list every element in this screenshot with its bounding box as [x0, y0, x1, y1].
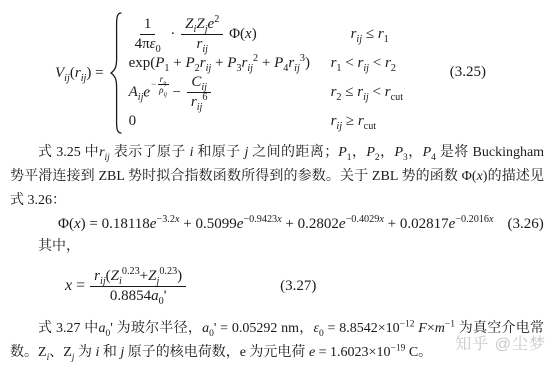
condition-1: rij ≤ r1 — [329, 26, 403, 43]
document-page: Vij(rij) = 1 4πε0 · ZiZje2 rij Φ( — [0, 0, 554, 372]
cdot: · — [170, 26, 175, 42]
buckingham-prefactor: Aije — [129, 84, 151, 100]
eq325-case-coulomb: 1 4πε0 · ZiZje2 rij Φ(x) rij ≤ r1 — [129, 16, 403, 53]
eq325-number: (3.25) — [450, 64, 486, 81]
charge-fraction: ZiZje2 rij — [181, 16, 223, 53]
condition-2: r1 < rij < r2 — [329, 55, 403, 72]
phi-expression: Φ(x) = 0.18118e−3.2x + 0.5099e−0.9423x +… — [58, 216, 494, 233]
zero-expression: 0 — [129, 113, 329, 130]
reduced-distance-fraction: rij(Zi0.23+Zj0.23) 0.8854a0' — [90, 268, 186, 305]
eq325-lhs: Vij(rij) = — [55, 65, 104, 82]
exp-spline-expression: exp(P1 + P2rij + P3rij2 + P4rij3) — [129, 55, 329, 72]
eq325-case-zero: 0 rij ≥ rcut — [129, 113, 403, 130]
coulomb-prefactor-fraction: 1 4πε0 — [131, 16, 165, 53]
paragraph-constants: 式 3.27 中a0' 为玻尔半径，a0' = 0.05292 nm，ε0 = … — [10, 317, 544, 365]
eq327-number: (3.27) — [280, 278, 316, 295]
condition-3: r2 ≤ rij < rcut — [329, 84, 403, 101]
eq325-case-exp-spline: exp(P1 + P2rij + P3rij2 + P4rij3) r1 < r… — [129, 55, 403, 72]
paragraph-eq325-description: 式 3.25 中rij 表示了原子 i 和原子 j 之间的距离；P1，P2，P3… — [10, 141, 544, 213]
dispersion-fraction: Cij rij6 — [187, 74, 212, 111]
minus-sign: − — [173, 84, 181, 100]
paragraph-where: 其中， — [10, 235, 544, 259]
eq326-number: (3.26) — [508, 216, 544, 233]
screening-function: Φ(x) — [229, 26, 257, 42]
equation-3-27: x = rij(Zi0.23+Zj0.23) 0.8854a0' (3.27) — [65, 263, 544, 309]
equation-3-25: Vij(rij) = 1 4πε0 · ZiZje2 rij Φ( — [55, 10, 544, 136]
eq327-lhs: x = — [65, 277, 85, 295]
eq325-case-buckingham: Aije−rijρij − Cij rij6 r2 ≤ rij < rcut — [129, 74, 403, 112]
equation-3-26: Φ(x) = 0.18118e−3.2x + 0.5099e−0.9423x +… — [58, 216, 544, 233]
buckingham-exponent: −rijρij — [151, 74, 169, 95]
condition-4: rij ≥ rcut — [329, 113, 403, 130]
exponent-fraction: rijρij — [157, 74, 169, 95]
eq325-cases: 1 4πε0 · ZiZje2 rij Φ(x) rij ≤ r1 exp(P1… — [129, 16, 403, 131]
left-brace-icon — [108, 11, 123, 135]
